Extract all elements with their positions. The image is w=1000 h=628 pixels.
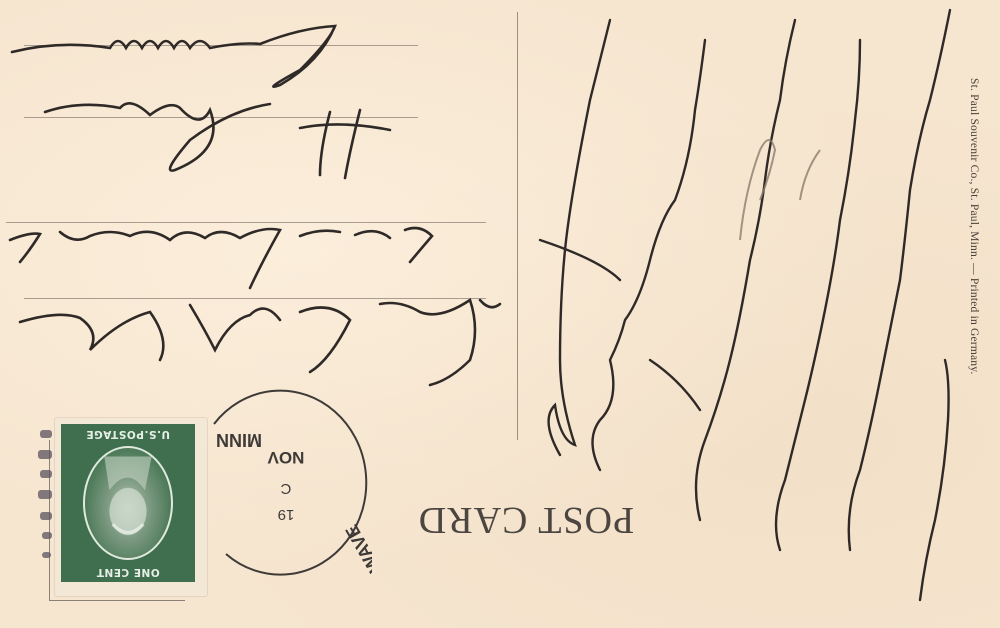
handwritten-message bbox=[0, 0, 1000, 628]
postcard-back: St. Paul Souvenir Co., St. Paul, Minn. —… bbox=[0, 0, 1000, 628]
